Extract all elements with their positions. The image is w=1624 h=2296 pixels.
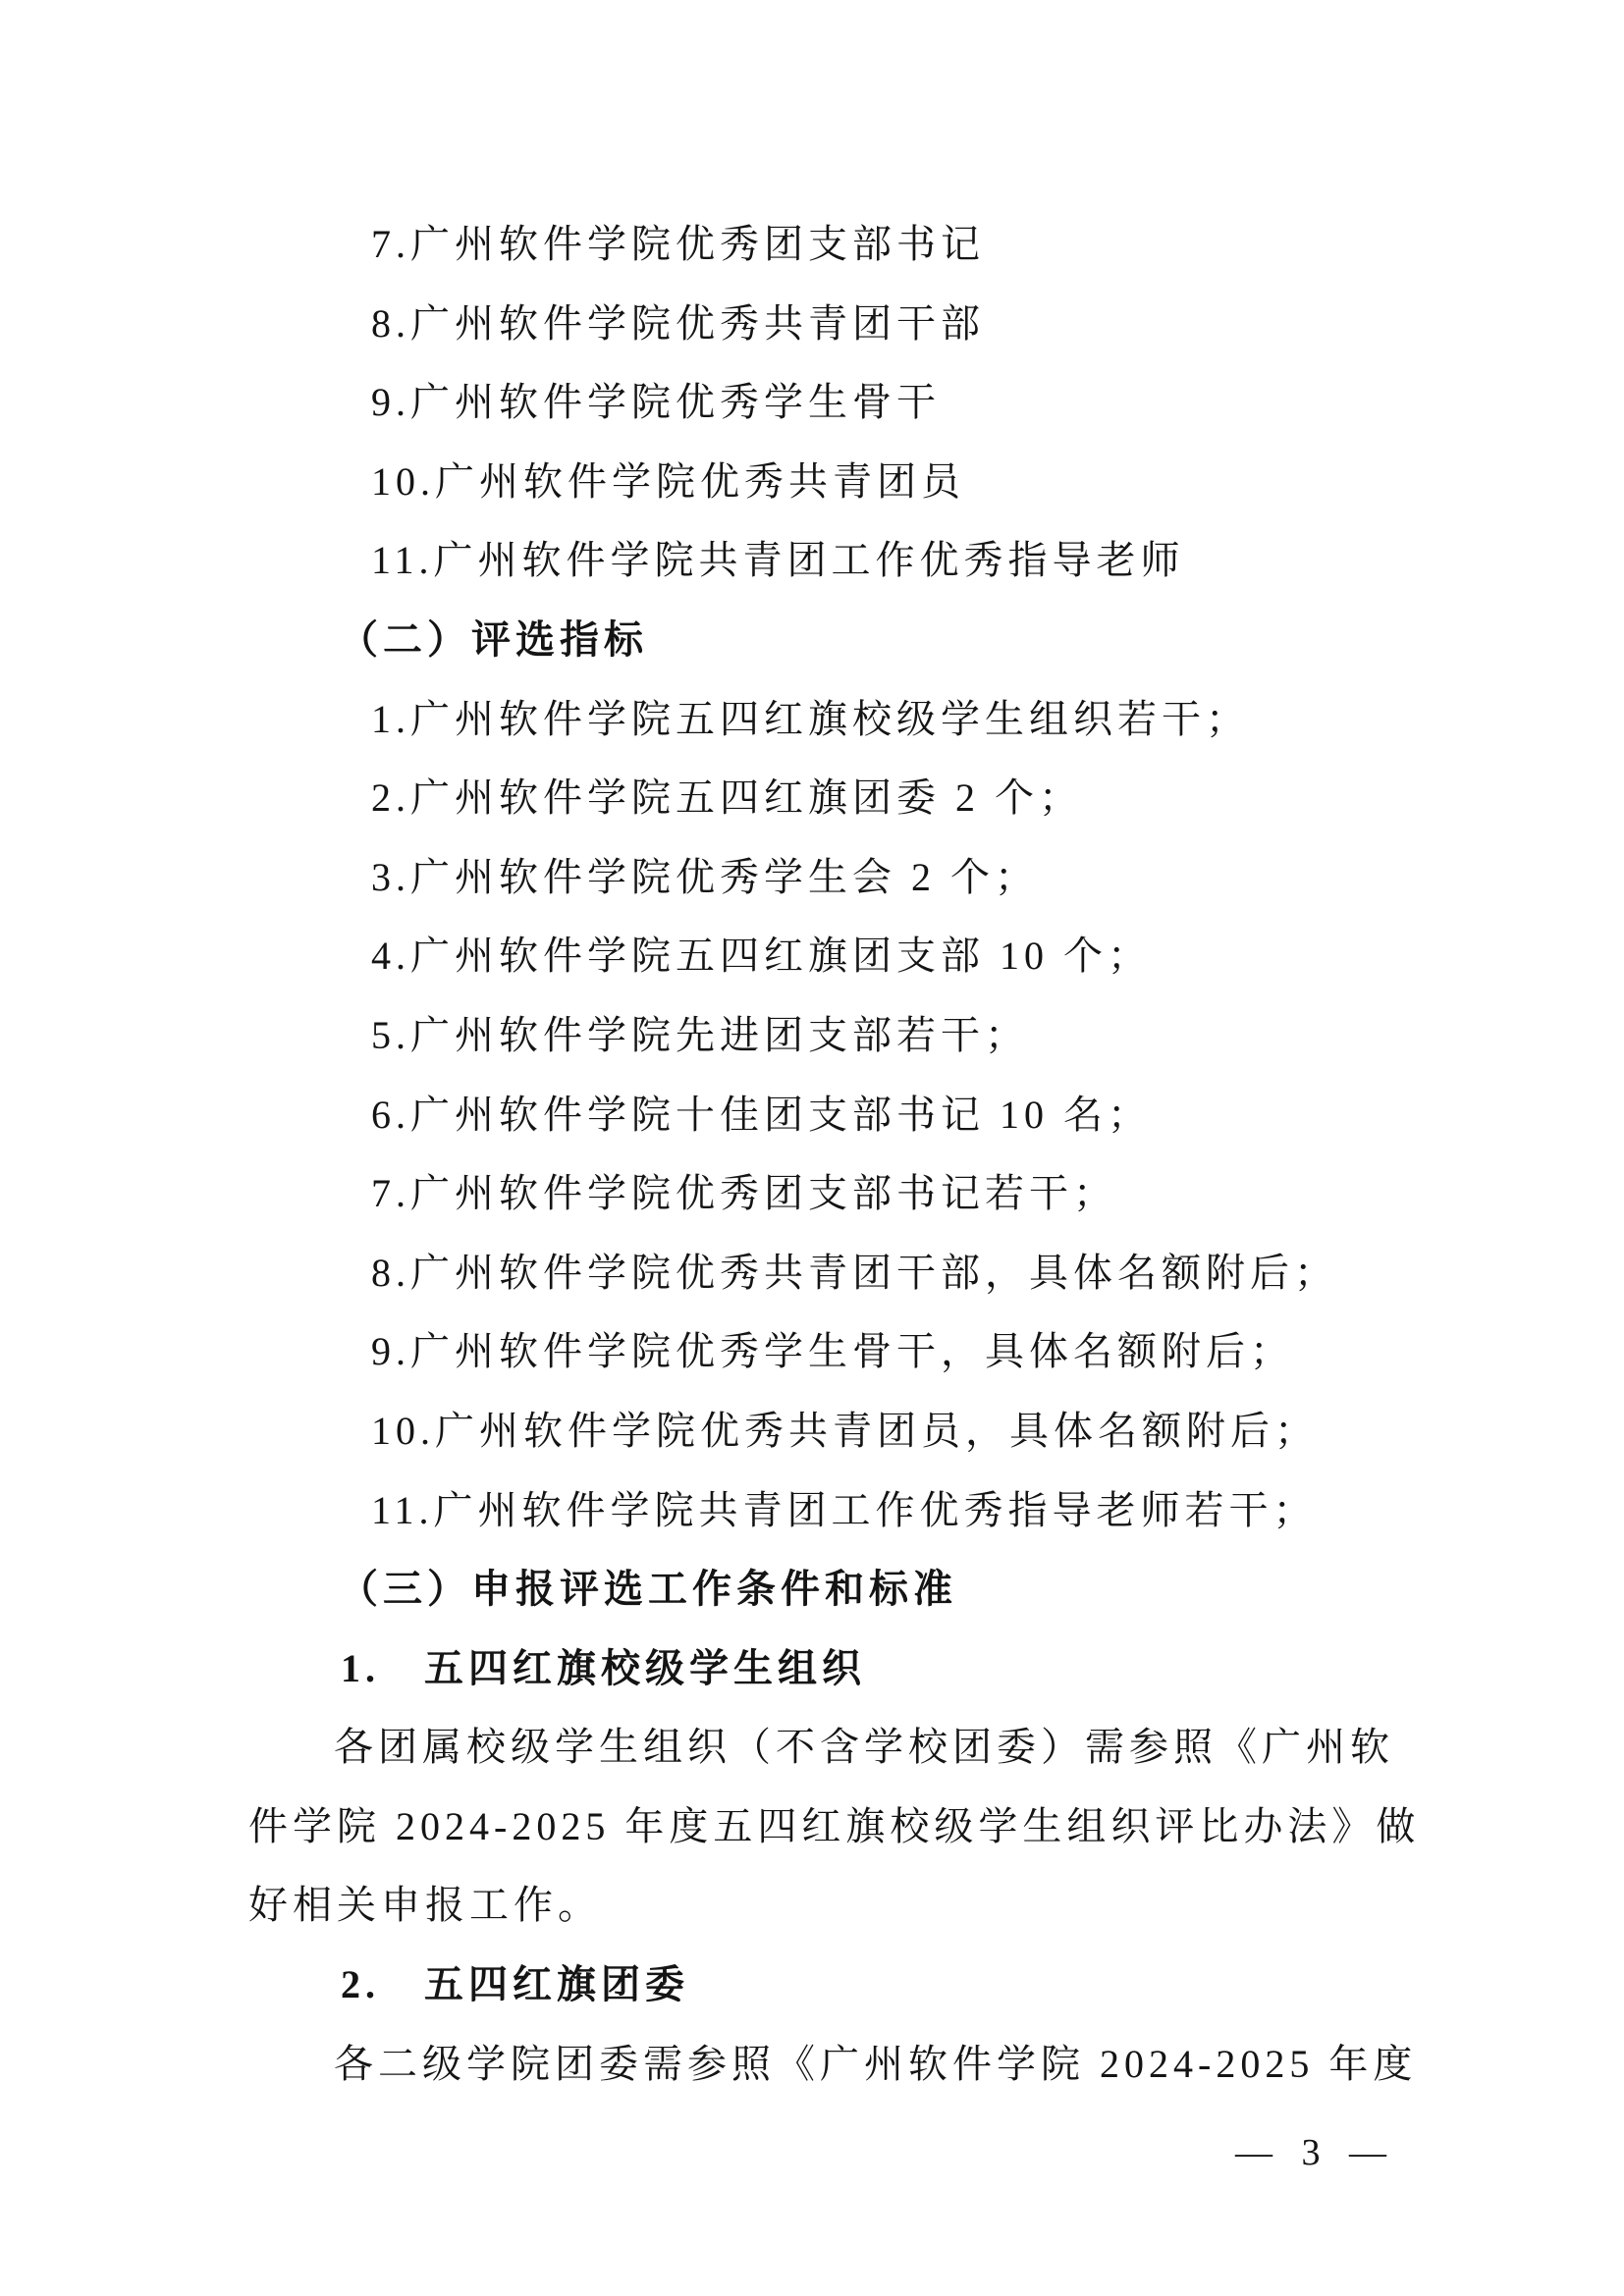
list-item: 2.广州软件学院五四红旗团委 2 个； [248,775,1402,855]
list-item: 10.广州软件学院优秀共青团员，具体名额附后； [248,1409,1402,1488]
list-item: 7.广州软件学院优秀团支部书记 [248,222,1402,301]
list-item: 8.广州软件学院优秀共青团干部，具体名额附后； [248,1251,1402,1330]
subsection-heading: （三）申报评选工作条件和标准 [248,1567,1402,1646]
list-item: 11.广州软件学院共青团工作优秀指导老师 [248,538,1402,617]
page-number: — 3 — [1235,2132,1396,2173]
list-item: 3.广州软件学院优秀学生会 2 个； [248,855,1402,934]
document-body: 7.广州软件学院优秀团支部书记 8.广州软件学院优秀共青团干部 9.广州软件学院… [248,222,1402,2120]
list-item: 1.广州软件学院五四红旗校级学生组织若干； [248,697,1402,776]
list-item: 4.广州软件学院五四红旗团支部 10 个； [248,934,1402,1013]
list-item: 9.广州软件学院优秀学生骨干，具体名额附后； [248,1329,1402,1409]
document-page: 7.广州软件学院优秀团支部书记 8.广州软件学院优秀共青团干部 9.广州软件学院… [0,0,1624,2296]
list-item: 8.广州软件学院优秀共青团干部 [248,301,1402,381]
list-item: 9.广州软件学院优秀学生骨干 [248,380,1402,459]
subsection-heading: （二）评选指标 [248,617,1402,697]
paragraph-line: 各团属校级学生组织（不含学校团委）需参照《广州软 [248,1725,1402,1804]
list-item: 5.广州软件学院先进团支部若干； [248,1013,1402,1093]
numbered-heading: 2. 五四红旗团委 [248,1962,1402,2042]
paragraph-line: 各二级学院团委需参照《广州软件学院 2024-2025 年度 [248,2042,1402,2121]
list-item: 11.广州软件学院共青团工作优秀指导老师若干； [248,1488,1402,1568]
list-item: 10.广州软件学院优秀共青团员 [248,459,1402,539]
list-item: 7.广州软件学院优秀团支部书记若干； [248,1171,1402,1251]
paragraph-line: 好相关申报工作。 [248,1883,1402,1962]
paragraph-line: 件学院 2024-2025 年度五四红旗校级学生组织评比办法》做 [248,1804,1402,1884]
list-item: 6.广州软件学院十佳团支部书记 10 名； [248,1093,1402,1172]
numbered-heading: 1. 五四红旗校级学生组织 [248,1646,1402,1726]
